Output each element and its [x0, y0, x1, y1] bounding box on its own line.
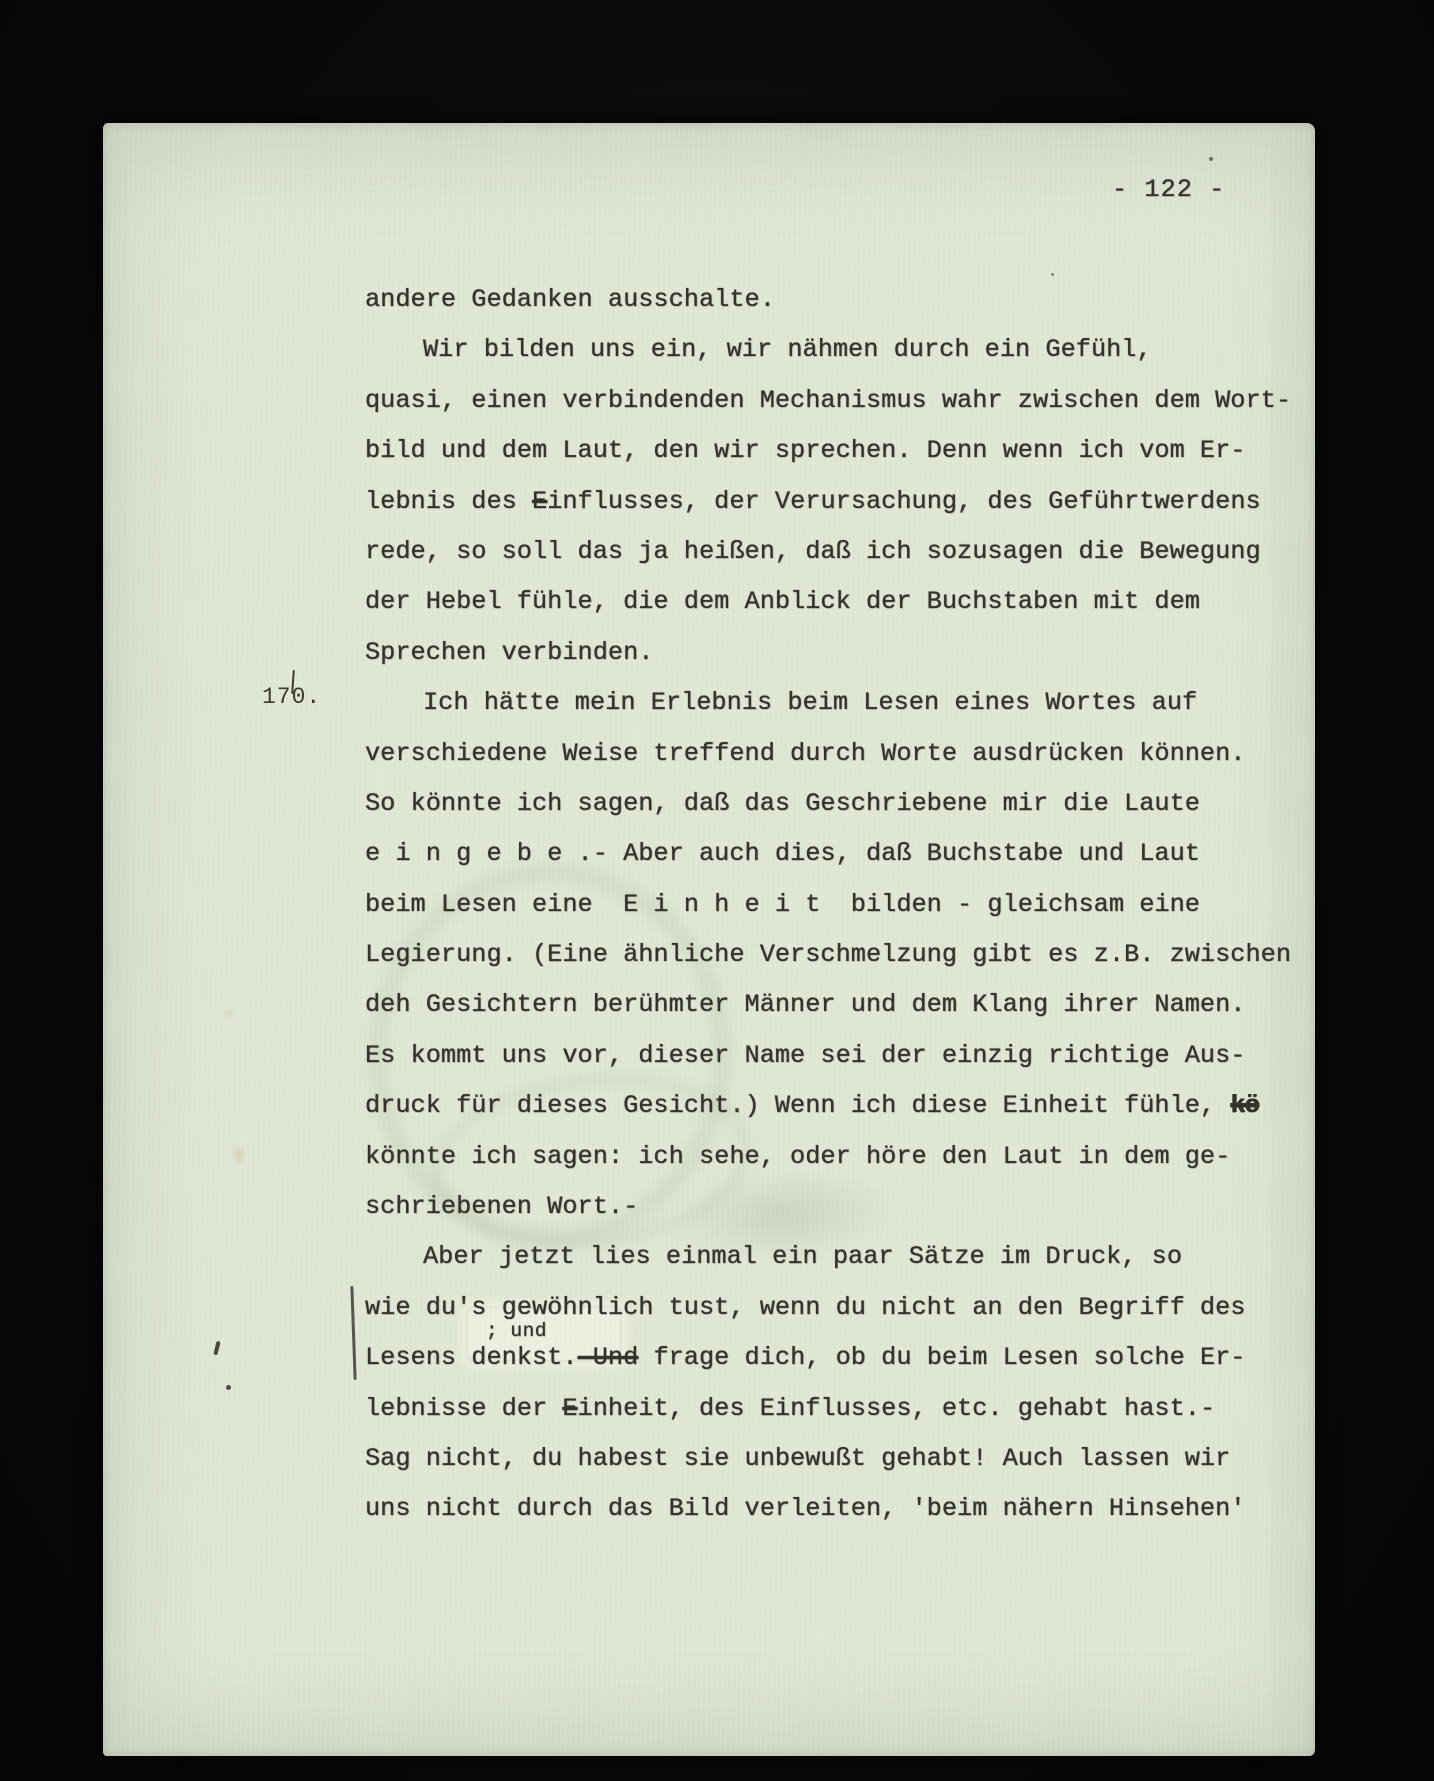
line-text: beim Lesen eine E i n h e i t bilden - g…: [365, 890, 1200, 919]
typescript-line: bild und dem Laut, den wir sprechen. Den…: [365, 426, 1315, 476]
line-text: uns nicht durch das Bild verleiten, 'bei…: [365, 1494, 1245, 1523]
typescript-line: uns nicht durch das Bild verleiten, 'bei…: [365, 1484, 1315, 1534]
typescript-line: andere Gedanken ausschalte.: [365, 275, 1315, 325]
typescript-line: Sprechen verbinden.: [365, 628, 1315, 678]
manuscript-page: - 122 - 170. ; und andere Gedanken aussc…: [103, 123, 1315, 1756]
line-text: rede, so soll das ja heißen, daß ich soz…: [365, 537, 1261, 566]
line-text: Lesens denkst.: [365, 1343, 578, 1372]
typescript-line: Ich hätte mein Erlebnis beim Lesen eines…: [365, 678, 1315, 728]
line-text: influsses, der Verursachung, des Geführt…: [547, 487, 1261, 516]
line-text: Ich hätte mein Erlebnis beim Lesen eines…: [423, 688, 1197, 717]
line-text: Es kommt uns vor, dieser Name sei der ei…: [365, 1041, 1245, 1070]
paper-stain-faint: [221, 1003, 239, 1023]
struck-out-word: Und: [578, 1343, 639, 1372]
line-text: Sprechen verbinden.: [365, 638, 653, 667]
typescript-line: wie du's gewöhnlich tust, wenn du nicht …: [365, 1283, 1315, 1333]
overstruck-character: E: [532, 487, 547, 516]
line-text: lebnis des: [365, 487, 532, 516]
typescript-line: beim Lesen eine E i n h e i t bilden - g…: [365, 880, 1315, 930]
line-text: der Hebel fühle, die dem Anblick der Buc…: [365, 587, 1200, 616]
line-text: frage dich, ob du beim Lesen solche Er-: [638, 1343, 1245, 1372]
line-text: Wir bilden uns ein, wir nähmen durch ein…: [423, 335, 1152, 364]
typescript-line: der Hebel fühle, die dem Anblick der Buc…: [365, 577, 1315, 627]
line-text: e i n g e b e .- Aber auch dies, daß Buc…: [365, 839, 1200, 868]
paper-stain: [228, 1141, 250, 1169]
typescript-line: Aber jetzt lies einmal ein paar Sätze im…: [365, 1232, 1315, 1282]
line-text: Legierung. (Eine ähnliche Verschmelzung …: [365, 940, 1291, 969]
line-text: verschiedene Weise treffend durch Worte …: [365, 739, 1245, 768]
typescript-line: rede, so soll das ja heißen, daß ich soz…: [365, 527, 1315, 577]
typescript-line: könnte ich sagen: ich sehe, oder höre de…: [365, 1132, 1315, 1182]
typescript-line: lebnisse der Einheit, des Einflusses, et…: [365, 1384, 1315, 1434]
typescript-line: Legierung. (Eine ähnliche Verschmelzung …: [365, 930, 1315, 980]
line-text: andere Gedanken ausschalte.: [365, 285, 775, 314]
typescript-line: lebnis des Einflusses, der Verursachung,…: [365, 477, 1315, 527]
typescript-line: Sag nicht, du habest sie unbewußt gehabt…: [365, 1434, 1315, 1484]
typescript-line: Lesens denkst. Und frage dich, ob du bei…: [365, 1333, 1315, 1383]
typescript-line: Es kommt uns vor, dieser Name sei der ei…: [365, 1031, 1315, 1081]
crossed-out-text: kö: [1230, 1091, 1258, 1120]
typescript-line: druck für dieses Gesicht.) Wenn ich dies…: [365, 1081, 1315, 1131]
typescript-line: deh Gesichtern berühmter Männer und dem …: [365, 980, 1315, 1030]
typescript-line: Wir bilden uns ein, wir nähmen durch ein…: [365, 325, 1315, 375]
typescript-line: So könnte ich sagen, daß das Geschrieben…: [365, 779, 1315, 829]
scan-background: - 122 - 170. ; und andere Gedanken aussc…: [0, 0, 1434, 1781]
line-text: schriebenen Wort.-: [365, 1192, 638, 1221]
typescript-line: verschiedene Weise treffend durch Worte …: [365, 729, 1315, 779]
line-text: druck für dieses Gesicht.) Wenn ich dies…: [365, 1091, 1230, 1120]
typescript-text: andere Gedanken ausschalte. Wir bilden u…: [365, 275, 1315, 1535]
line-text: quasi, einen verbindenden Mechanismus wa…: [365, 386, 1291, 415]
line-text: inheit, des Einflusses, etc. gehabt hast…: [578, 1394, 1216, 1423]
ink-speck-mark: [213, 1341, 220, 1356]
line-text: bild und dem Laut, den wir sprechen. Den…: [365, 436, 1245, 465]
margin-pencil-line: [350, 1286, 356, 1380]
line-text: könnte ich sagen: ich sehe, oder höre de…: [365, 1142, 1230, 1171]
line-text: So könnte ich sagen, daß das Geschrieben…: [365, 789, 1200, 818]
page-number: - 122 -: [1112, 175, 1225, 204]
ink-speck-top: [1209, 157, 1213, 161]
line-text: lebnisse der: [365, 1394, 562, 1423]
line-text: wie du's gewöhnlich tust, wenn du nicht …: [365, 1293, 1245, 1322]
typescript-line: quasi, einen verbindenden Mechanismus wa…: [365, 376, 1315, 426]
line-text: Sag nicht, du habest sie unbewußt gehabt…: [365, 1444, 1230, 1473]
typescript-line: schriebenen Wort.-: [365, 1182, 1315, 1232]
line-text: Aber jetzt lies einmal ein paar Sätze im…: [423, 1242, 1182, 1271]
overstruck-character: E: [562, 1394, 577, 1423]
ink-speck-dot: [226, 1385, 231, 1390]
line-text: deh Gesichtern berühmter Männer und dem …: [365, 990, 1245, 1019]
typescript-line: e i n g e b e .- Aber auch dies, daß Buc…: [365, 829, 1315, 879]
